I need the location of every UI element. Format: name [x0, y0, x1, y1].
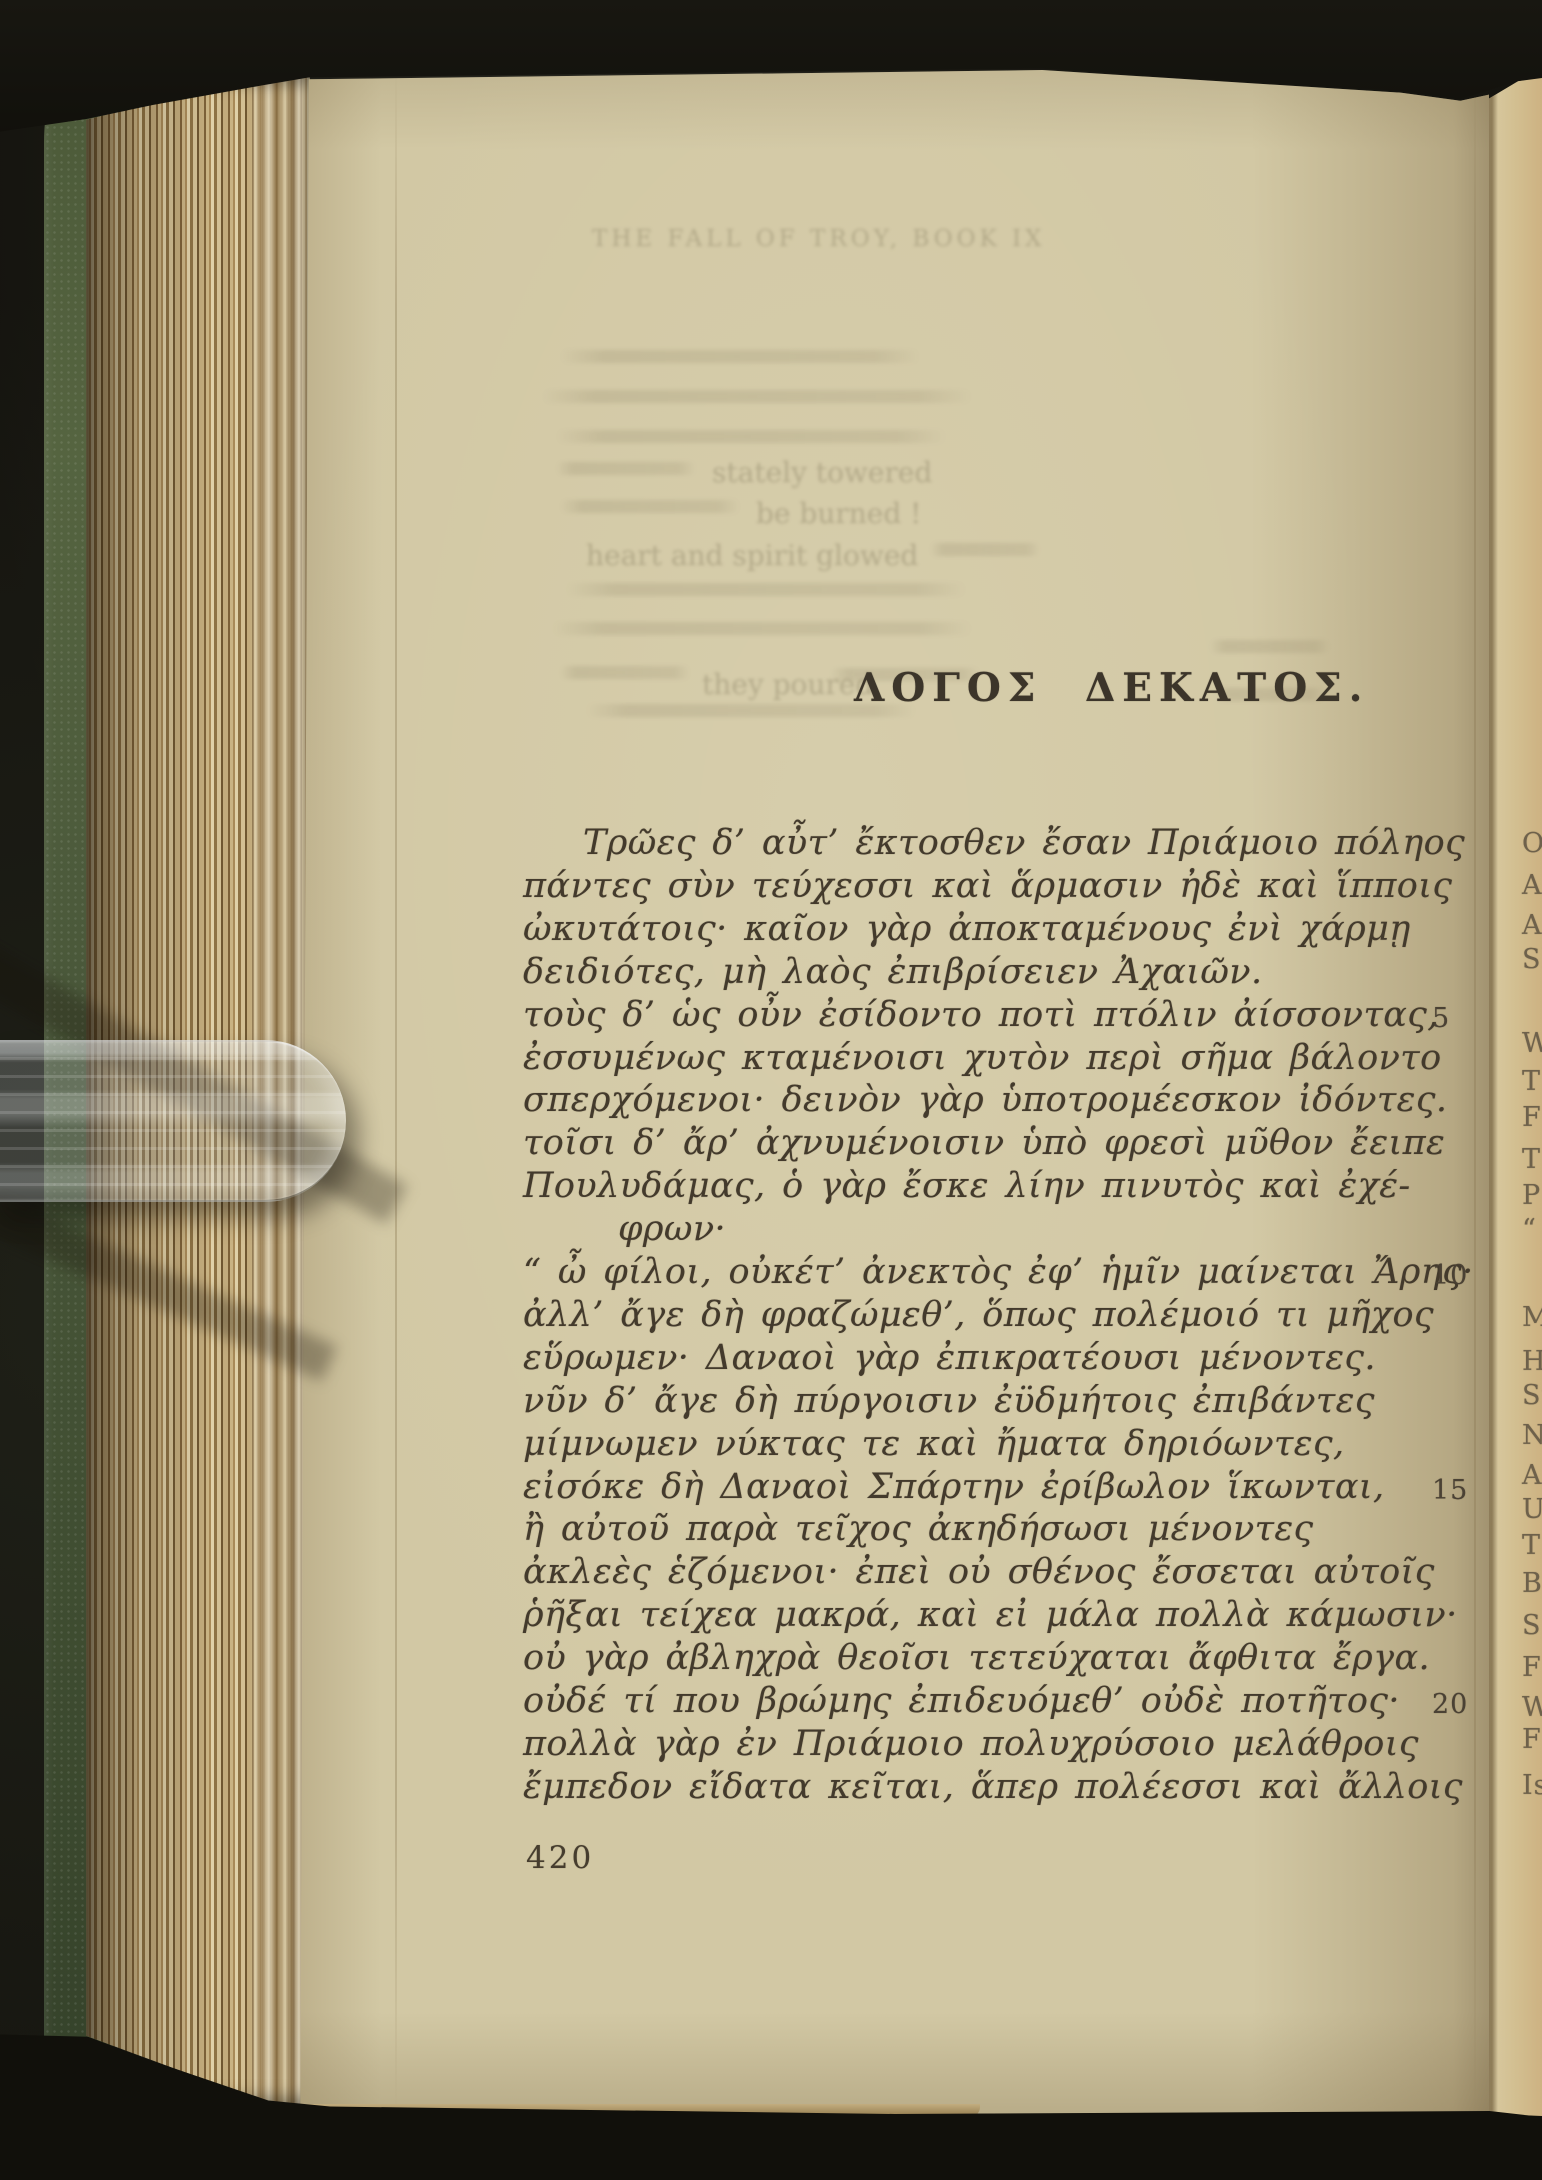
greek-verse-line: μίμνωμεν νύκτας τε καὶ ἤματα δηριόωντες,: [523, 1423, 1471, 1466]
verse-number: 5: [1432, 997, 1450, 1040]
facing-page-letter: F: [1522, 1102, 1542, 1133]
facing-page-letter: A: [1522, 870, 1542, 901]
verse-number: 20: [1432, 1683, 1468, 1726]
facing-page-letter: F: [1522, 1724, 1542, 1755]
facing-page-letter: St: [1522, 1380, 1542, 1411]
greek-verse-line: εἰσόκε δὴ Δαναοὶ Σπάρτην ἐρίβωλον ἵκωντα…: [523, 1466, 1471, 1509]
ghost-text-smudge: [560, 666, 690, 679]
facing-page-sliver: OAAShWTFTP“MHStNAUTBSFWFIs: [1489, 76, 1542, 2116]
greek-verse-line: πάντες σὺν τεύχεσσι καὶ ἅρμασιν ἠδὲ καὶ …: [523, 865, 1471, 908]
ghost-text-smudge: [542, 390, 972, 403]
verse-number: 10: [1432, 1254, 1468, 1297]
greek-verse-line: ὠκυτάτοις· καῖον γὰρ ἀποκταμένους ἐνὶ χά…: [523, 908, 1471, 951]
facing-page-letter: Sh: [1522, 944, 1542, 975]
facing-page-letter: P: [1522, 1180, 1541, 1211]
greek-verse-line: ῥῆξαι τείχεα μακρά, καὶ εἰ μάλα πολλὰ κά…: [523, 1594, 1471, 1637]
ghost-text-fragment: stately towered: [712, 456, 932, 489]
greek-verse-line: ἀλλ’ ἄγε δὴ φραζώμεθ’, ὅπως πολέμοιό τι …: [523, 1294, 1471, 1337]
facing-page-letter: T: [1522, 1530, 1541, 1561]
greek-verse-line: ἔμπεδον εἴδατα κεῖται, ἅπερ πολέεσσι καὶ…: [523, 1766, 1471, 1809]
greek-verse-line: οὐ γὰρ ἀβληχρὰ θεοῖσι τετεύχαται ἄφθιτα …: [523, 1637, 1471, 1680]
facing-page-letter: T: [1522, 1144, 1541, 1175]
facing-page-letter: U: [1522, 1494, 1542, 1525]
page-crease: [395, 68, 397, 2114]
greek-verse-line: σπερχόμενοι· δεινὸν γὰρ ὑποτρομέεσκον ἰδ…: [523, 1079, 1471, 1122]
ghost-text-fragment: be burned !: [756, 497, 921, 530]
facing-page-letter: N: [1522, 1420, 1542, 1451]
ghost-text-smudge: [560, 500, 740, 513]
page-number: 420: [526, 1840, 594, 1876]
ghost-text-smudge: [556, 430, 946, 443]
greek-verse-line: εὕρωμεν· Δαναοὶ γὰρ ἐπικρατέουσι μένοντε…: [523, 1337, 1471, 1380]
facing-page-letter: A: [1522, 910, 1542, 941]
facing-page-letter: A: [1522, 1460, 1542, 1491]
ghost-text-fragment: THE FALL OF TROY, BOOK IX: [592, 226, 1045, 252]
facing-page-letter: “: [1522, 1214, 1537, 1245]
ghost-text-fragment: heart and spirit glowed: [586, 539, 918, 572]
facing-page-letter: M: [1522, 1302, 1542, 1333]
greek-verse-line: ἐσσυμένως κταμένοισι χυτὸν περὶ σῆμα βάλ…: [523, 1037, 1471, 1080]
greek-verse-line: “ ὦ φίλοι, οὐκέτ’ ἀνεκτὸς ἐφ’ ἡμῖν μαίνε…: [523, 1251, 1471, 1294]
greek-verse-line: τοῖσι δ’ ἄρ’ ἀχνυμένοισιν ὑπὸ φρεσὶ μῦθο…: [523, 1122, 1471, 1165]
ghost-text-smudge: [1210, 640, 1330, 653]
facing-page-letter: H: [1522, 1346, 1542, 1377]
greek-verse-line: Τρῶες δ’ αὖτ’ ἔκτοσθεν ἔσαν Πριάμοιο πόλ…: [583, 822, 1531, 865]
ghost-text-smudge: [566, 583, 966, 596]
greek-verse-line: φρων·: [618, 1208, 1542, 1251]
greek-verse-line: νῦν δ’ ἄγε δὴ πύργοισιν ἐϋδμήτοις ἐπιβάν…: [523, 1380, 1471, 1423]
page-holder-clip: [0, 1040, 346, 1202]
greek-verse-line: τοὺς δ’ ὡς οὖν ἐσίδοντο ποτὶ πτόλιν ἀίσσ…: [523, 994, 1471, 1037]
greek-verse-line: οὐδέ τί που βρώμης ἐπιδευόμεθ’ οὐδὲ ποτῆ…: [523, 1680, 1471, 1723]
facing-page-letter: F: [1522, 1652, 1542, 1683]
ghost-text-smudge: [930, 543, 1040, 556]
book-page: THE FALL OF TROY, BOOK IXstately towered…: [298, 68, 1489, 2114]
ghost-text-smudge: [556, 462, 696, 475]
section-heading: ΛΟΓΟΣ ΔΕΚΑΤΟΣ.: [854, 665, 1369, 711]
greek-verse-line: πολλὰ γὰρ ἐν Πριάμοιο πολυχρύσοιο μελάθρ…: [523, 1723, 1471, 1766]
facing-page-letter: T: [1522, 1066, 1541, 1097]
facing-page-letter: O: [1522, 828, 1542, 859]
greek-verse-line: Πουλυδάμας, ὁ γὰρ ἔσκε λίην πινυτὸς καὶ …: [523, 1165, 1471, 1208]
verse-number: 15: [1432, 1469, 1468, 1512]
greek-verse-line: ἀκλεὲς ἑζόμενοι· ἐπεὶ οὐ σθένος ἔσσεται …: [523, 1551, 1471, 1594]
greek-verse-line: δειδιότες, μὴ λαὸς ἐπιβρίσειεν Ἀχαιῶν.: [523, 951, 1471, 994]
facing-page-letter: W: [1522, 1692, 1542, 1723]
book-photo: THE FALL OF TROY, BOOK IXstately towered…: [0, 0, 1542, 2180]
ghost-text-smudge: [552, 622, 972, 635]
ghost-text-smudge: [560, 350, 920, 363]
greek-verse-line: ἢ αὐτοῦ παρὰ τεῖχος ἀκηδήσωσι μένοντες: [523, 1508, 1471, 1551]
facing-page-letter: Is: [1522, 1770, 1542, 1801]
page-crease: [1474, 68, 1476, 2114]
facing-page-letter: B: [1522, 1568, 1542, 1599]
facing-page-letter: S: [1522, 1610, 1542, 1641]
facing-page-letter: W: [1522, 1028, 1542, 1059]
